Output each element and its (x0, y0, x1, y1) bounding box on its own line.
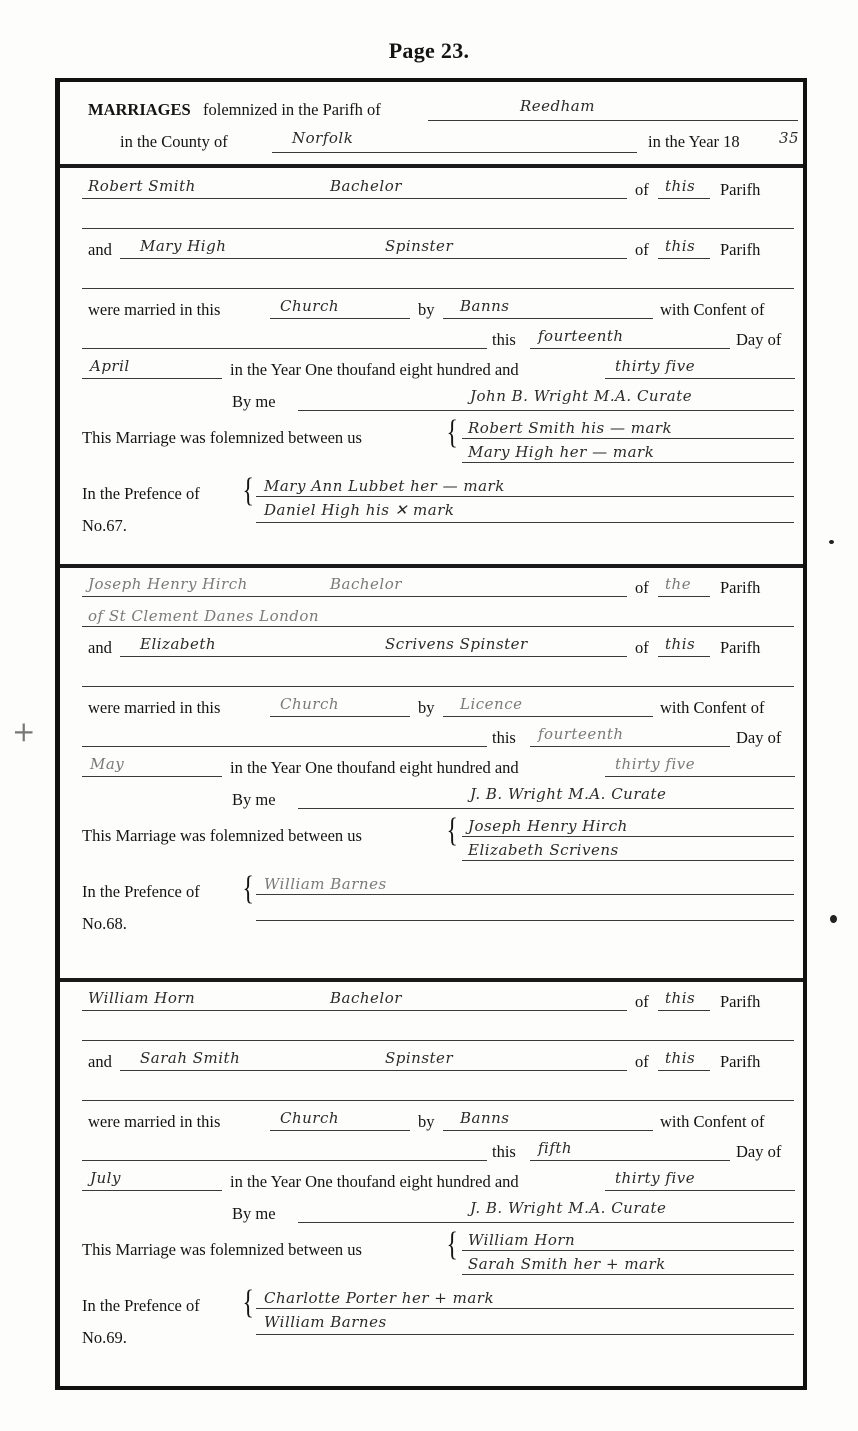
marriage-day: fifth (538, 1138, 572, 1158)
by-underline (443, 1130, 653, 1131)
and-label: and (88, 1052, 112, 1072)
ink-speck (830, 915, 837, 923)
day-of-label: Day of (736, 330, 781, 350)
groom-parish: the (665, 574, 691, 594)
signature-underline (462, 462, 794, 463)
groom-parish: this (665, 988, 695, 1008)
married-in-label: were married in this (88, 698, 220, 718)
of-label: of (635, 180, 649, 200)
parish-label: Parifh (720, 180, 760, 200)
marriage-place: Church (280, 694, 339, 714)
witness: Mary Ann Lubbet her — mark (264, 476, 505, 496)
day-underline (530, 348, 730, 349)
solemnized-label: This Marriage was folemnized between us (82, 1240, 362, 1260)
bride-condition: Spinster (385, 1048, 453, 1068)
day-of-label: Day of (736, 728, 781, 748)
married-in-label: were married in this (88, 300, 220, 320)
ink-speck (829, 540, 834, 544)
signature-underline (462, 860, 794, 861)
day-underline (530, 746, 730, 747)
bride-parish-underline (658, 656, 710, 657)
year-label: in the Year 18 (648, 132, 740, 152)
brace: { (446, 416, 457, 450)
witness-underline (256, 920, 794, 921)
signature: Elizabeth Scrivens (468, 840, 619, 860)
bride-condition: Scrivens Spinster (385, 634, 528, 654)
signature: Joseph Henry Hirch (468, 816, 628, 836)
year-words: thirty five (615, 356, 695, 376)
day-of-label: Day of (736, 1142, 781, 1162)
parish-label: Parifh (720, 578, 760, 598)
and-label: and (88, 638, 112, 658)
month-underline (82, 776, 222, 777)
year-label: in the Year One thoufand eight hundred a… (230, 1172, 519, 1192)
groom-parish-underline (658, 1010, 710, 1011)
marriage-place: Church (280, 1108, 339, 1128)
signature: Sarah Smith her + mark (468, 1254, 666, 1274)
marriage-place: Church (280, 296, 339, 316)
county-label: in the County of (120, 132, 228, 152)
married-in-label: were married in this (88, 1112, 220, 1132)
day-underline (530, 1160, 730, 1161)
witness-underline (256, 894, 794, 895)
year-label: in the Year One thoufand eight hundred a… (230, 758, 519, 778)
by-underline (443, 318, 653, 319)
bride-parish: this (665, 634, 695, 654)
consent-label: with Confent of (660, 300, 765, 320)
and-label: and (88, 240, 112, 260)
year-underline (605, 1190, 795, 1191)
marriage-by: Banns (460, 296, 510, 316)
marriage-day: fourteenth (538, 724, 624, 744)
groom-parish-underline (658, 198, 710, 199)
consent-underline (82, 1160, 487, 1161)
parish-name: Reedham (520, 96, 595, 116)
this-label: this (492, 1142, 516, 1162)
entry-number: No.68. (82, 914, 127, 934)
this-label: this (492, 728, 516, 748)
year-underline (605, 776, 795, 777)
register-frame: MARRIAGES folemnized in the Parifh of Re… (55, 78, 807, 1390)
bride-condition: Spinster (385, 236, 453, 256)
marriage-entry: William Horn Bachelor of this Parifh and… (60, 982, 803, 1372)
entry-number: No.67. (82, 516, 127, 536)
marriage-entry: Joseph Henry Hirch Bachelor of the Parif… (60, 568, 803, 958)
groom-condition: Bachelor (330, 574, 402, 594)
witness-underline (256, 1334, 794, 1335)
marriage-day: fourteenth (538, 326, 624, 346)
month-underline (82, 378, 222, 379)
extra-underline (82, 626, 794, 627)
header-label: MARRIAGES (88, 100, 191, 120)
officiant-underline (298, 808, 794, 809)
groom-parish-underline (658, 596, 710, 597)
parish-underline (428, 120, 798, 121)
entry-divider (60, 978, 803, 982)
entry-divider (60, 564, 803, 568)
marriage-month: April (90, 356, 130, 376)
presence-label: In the Prefence of (82, 1296, 200, 1316)
witness: William Barnes (264, 874, 387, 894)
place-underline (270, 716, 410, 717)
signature-underline (462, 1274, 794, 1275)
year-label: in the Year One thoufand eight hundred a… (230, 360, 519, 380)
by-underline (443, 716, 653, 717)
bride-underline (120, 258, 627, 259)
marriage-entry: Robert Smith Bachelor of this Parifh and… (60, 170, 803, 560)
page-title: Page 23. (0, 38, 858, 64)
brace: { (242, 1286, 253, 1320)
groom-underline (82, 596, 627, 597)
by-label: by (418, 1112, 435, 1132)
county-underline (272, 152, 637, 153)
marriage-month: July (90, 1168, 121, 1188)
witness: William Barnes (264, 1312, 387, 1332)
groom-parish: this (665, 176, 695, 196)
county-name: Norfolk (292, 128, 353, 148)
signature-underline (462, 438, 794, 439)
groom-parish-extra: of St Clement Danes London (88, 606, 319, 626)
header-divider (60, 164, 803, 168)
by-me-label: By me (232, 392, 276, 412)
parish-label: Parifh (720, 1052, 760, 1072)
parish-label: Parifh (720, 992, 760, 1012)
parish-label: Parifh (720, 638, 760, 658)
blank-underline (82, 1100, 794, 1101)
place-underline (270, 318, 410, 319)
of-label: of (635, 992, 649, 1012)
year-suffix: 35 (779, 128, 799, 148)
consent-underline (82, 746, 487, 747)
groom-name: William Horn (88, 988, 195, 1008)
marriage-month: May (90, 754, 124, 774)
place-underline (270, 1130, 410, 1131)
groom-condition: Bachelor (330, 176, 402, 196)
witness-underline (256, 496, 794, 497)
solemnized-label: This Marriage was folemnized between us (82, 826, 362, 846)
officiant: J. B. Wright M.A. Curate (470, 1198, 666, 1218)
by-me-label: By me (232, 1204, 276, 1224)
witness: Daniel High his ✕ mark (264, 500, 454, 520)
consent-underline (82, 348, 487, 349)
bride-parish-underline (658, 1070, 710, 1071)
witness: Charlotte Porter her + mark (264, 1288, 494, 1308)
bride-name: Mary High (140, 236, 226, 256)
witness-underline (256, 522, 794, 523)
officiant: J. B. Wright M.A. Curate (470, 784, 666, 804)
of-label: of (635, 240, 649, 260)
signature: William Horn (468, 1230, 575, 1250)
by-label: by (418, 300, 435, 320)
bride-parish: this (665, 1048, 695, 1068)
groom-name: Joseph Henry Hirch (88, 574, 248, 594)
bride-parish-underline (658, 258, 710, 259)
by-label: by (418, 698, 435, 718)
groom-name: Robert Smith (88, 176, 196, 196)
extra-underline (82, 1040, 794, 1041)
marriage-by: Licence (460, 694, 522, 714)
brace: { (446, 1228, 457, 1262)
officiant: John B. Wright M.A. Curate (470, 386, 692, 406)
brace: { (242, 474, 253, 508)
of-label: of (635, 578, 649, 598)
witness-underline (256, 1308, 794, 1309)
signature-underline (462, 1250, 794, 1251)
groom-underline (82, 1010, 627, 1011)
blank-underline (82, 686, 794, 687)
presence-label: In the Prefence of (82, 484, 200, 504)
groom-condition: Bachelor (330, 988, 402, 1008)
year-words: thirty five (615, 1168, 695, 1188)
brace: { (242, 872, 253, 906)
year-words: thirty five (615, 754, 695, 774)
marriage-by: Banns (460, 1108, 510, 1128)
bride-underline (120, 1070, 627, 1071)
brace: { (446, 814, 457, 848)
solemnized-label: This Marriage was folemnized between us (82, 428, 362, 448)
officiant-underline (298, 1222, 794, 1223)
by-me-label: By me (232, 790, 276, 810)
bride-name: Elizabeth (140, 634, 216, 654)
signature-underline (462, 836, 794, 837)
year-underline (605, 378, 795, 379)
blank-underline (82, 288, 794, 289)
bride-name: Sarah Smith (140, 1048, 240, 1068)
entry-number: No.69. (82, 1328, 127, 1348)
of-label: of (635, 638, 649, 658)
consent-label: with Confent of (660, 1112, 765, 1132)
header-text: folemnized in the Parifh of (203, 100, 381, 120)
parish-label: Parifh (720, 240, 760, 260)
groom-underline (82, 198, 627, 199)
bride-parish: this (665, 236, 695, 256)
margin-cross-mark: + (12, 715, 35, 748)
of-label: of (635, 1052, 649, 1072)
this-label: this (492, 330, 516, 350)
signature: Mary High her — mark (468, 442, 654, 462)
bride-underline (120, 656, 627, 657)
consent-label: with Confent of (660, 698, 765, 718)
presence-label: In the Prefence of (82, 882, 200, 902)
signature: Robert Smith his — mark (468, 418, 672, 438)
month-underline (82, 1190, 222, 1191)
officiant-underline (298, 410, 794, 411)
extra-underline (82, 228, 794, 229)
